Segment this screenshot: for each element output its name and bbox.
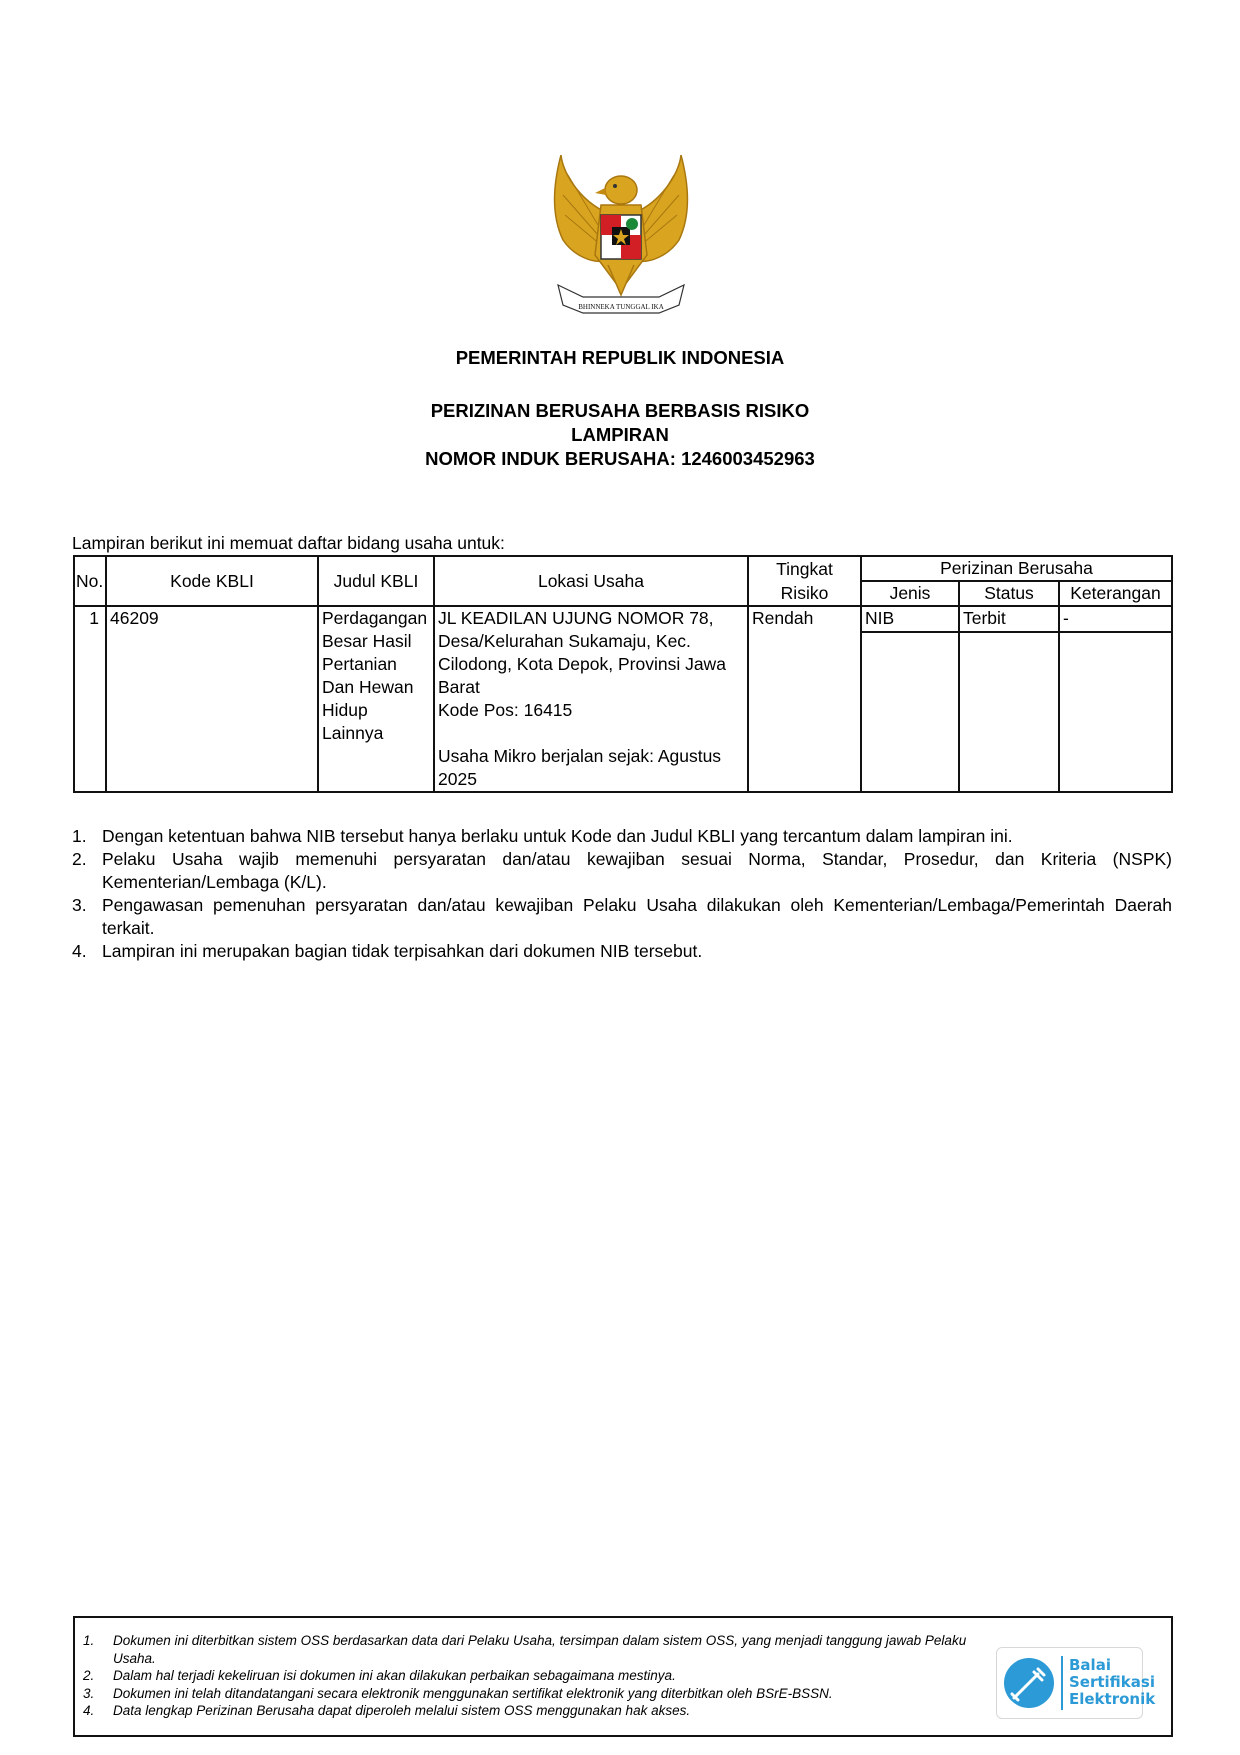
note-item: 2.Pelaku Usaha wajib memenuhi persyarata… — [72, 848, 1172, 894]
note-item: 1.Dengan ketentuan bahwa NIB tersebut ha… — [72, 825, 1172, 848]
cell-empty — [959, 632, 1059, 792]
footer-note-text: Data lengkap Perizinan Berusaha dapat di… — [113, 1703, 690, 1718]
footer-note-number: 4. — [83, 1702, 94, 1720]
header-lokasi-usaha: Lokasi Usaha — [434, 556, 748, 606]
intro-text: Lampiran berikut ini memuat daftar bidan… — [72, 533, 505, 553]
note-number: 1. — [72, 825, 87, 848]
header-jenis: Jenis — [861, 581, 959, 606]
footer-note-number: 2. — [83, 1667, 94, 1685]
svg-text:BHINNEKA TUNGGAL IKA: BHINNEKA TUNGGAL IKA — [578, 303, 664, 311]
bsre-logo-text: Balai Sertifikasi Elektronik — [1069, 1657, 1155, 1708]
header-kode-kbli: Kode KBLI — [106, 556, 318, 606]
note-text: Dengan ketentuan bahwa NIB tersebut hany… — [102, 826, 1013, 846]
table-row: 1 46209 Perdagangan Besar Hasil Pertania… — [74, 606, 1172, 632]
cell-jenis: NIB — [861, 606, 959, 632]
document-title-block: PERIZINAN BERUSAHA BERBASIS RISIKO LAMPI… — [0, 399, 1240, 471]
footer-note-number: 1. — [83, 1632, 94, 1650]
cell-empty — [861, 632, 959, 792]
bsre-divider — [1061, 1656, 1063, 1710]
cell-keterangan: - — [1059, 606, 1172, 632]
cell-no: 1 — [74, 606, 106, 792]
footer-note-text: Dokumen ini telah ditandatangani secara … — [113, 1686, 833, 1701]
header-status: Status — [959, 581, 1059, 606]
note-text: Pelaku Usaha wajib memenuhi persyaratan … — [102, 849, 1172, 892]
cell-judul-kbli: Perdagangan Besar Hasil Pertanian Dan He… — [318, 606, 434, 792]
document-subtitle: LAMPIRAN — [0, 423, 1240, 447]
garuda-emblem-icon: BHINNEKA TUNGGAL IKA — [543, 155, 699, 323]
note-number: 4. — [72, 940, 87, 963]
header-keterangan: Keterangan — [1059, 581, 1172, 606]
note-text: Lampiran ini merupakan bagian tidak terp… — [102, 941, 702, 961]
footer-note-item: 1.Dokumen ini diterbitkan sistem OSS ber… — [83, 1632, 983, 1667]
bsre-text-line: Sertifikasi — [1069, 1674, 1155, 1691]
footer-disclaimer-box: 1.Dokumen ini diterbitkan sistem OSS ber… — [73, 1616, 1173, 1737]
nib-number: NOMOR INDUK BERUSAHA: 1246003452963 — [0, 447, 1240, 471]
header-tingkat-risiko: Tingkat Risiko — [748, 556, 861, 606]
header-perizinan-berusaha: Perizinan Berusaha — [861, 556, 1172, 581]
cell-empty — [1059, 632, 1172, 792]
footer-note-text: Dalam hal terjadi kekeliruan isi dokumen… — [113, 1668, 676, 1683]
footer-note-item: 2.Dalam hal terjadi kekeliruan isi dokum… — [83, 1667, 983, 1685]
header-judul-kbli: Judul KBLI — [318, 556, 434, 606]
cell-lokasi-usaha: JL KEADILAN UJUNG NOMOR 78, Desa/Kelurah… — [434, 606, 748, 792]
footer-note-number: 3. — [83, 1685, 94, 1703]
cell-tingkat-risiko: Rendah — [748, 606, 861, 792]
note-text: Pengawasan pemenuhan persyaratan dan/ata… — [102, 895, 1172, 938]
footer-note-item: 3.Dokumen ini telah ditandatangani secar… — [83, 1685, 983, 1703]
note-item: 4.Lampiran ini merupakan bagian tidak te… — [72, 940, 1172, 963]
footer-note-text: Dokumen ini diterbitkan sistem OSS berda… — [113, 1633, 966, 1666]
footer-note-item: 4.Data lengkap Perizinan Berusaha dapat … — [83, 1702, 983, 1720]
document-title: PERIZINAN BERUSAHA BERBASIS RISIKO — [0, 399, 1240, 423]
footer-notes-list: 1.Dokumen ini diterbitkan sistem OSS ber… — [83, 1632, 983, 1720]
header-no: No. — [74, 556, 106, 606]
note-number: 2. — [72, 848, 87, 871]
note-item: 3.Pengawasan pemenuhan persyaratan dan/a… — [72, 894, 1172, 940]
bsre-text-line: Balai — [1069, 1657, 1155, 1674]
bsre-key-icon — [1004, 1658, 1054, 1708]
bsre-logo: Balai Sertifikasi Elektronik — [996, 1647, 1143, 1719]
cell-status: Terbit — [959, 606, 1059, 632]
note-number: 3. — [72, 894, 87, 917]
notes-list: 1.Dengan ketentuan bahwa NIB tersebut ha… — [72, 825, 1172, 963]
cell-kode-kbli: 46209 — [106, 606, 318, 792]
kbli-table: No. Kode KBLI Judul KBLI Lokasi Usaha Ti… — [73, 555, 1173, 793]
government-title: PEMERINTAH REPUBLIK INDONESIA — [0, 346, 1240, 370]
bsre-text-line: Elektronik — [1069, 1691, 1155, 1708]
